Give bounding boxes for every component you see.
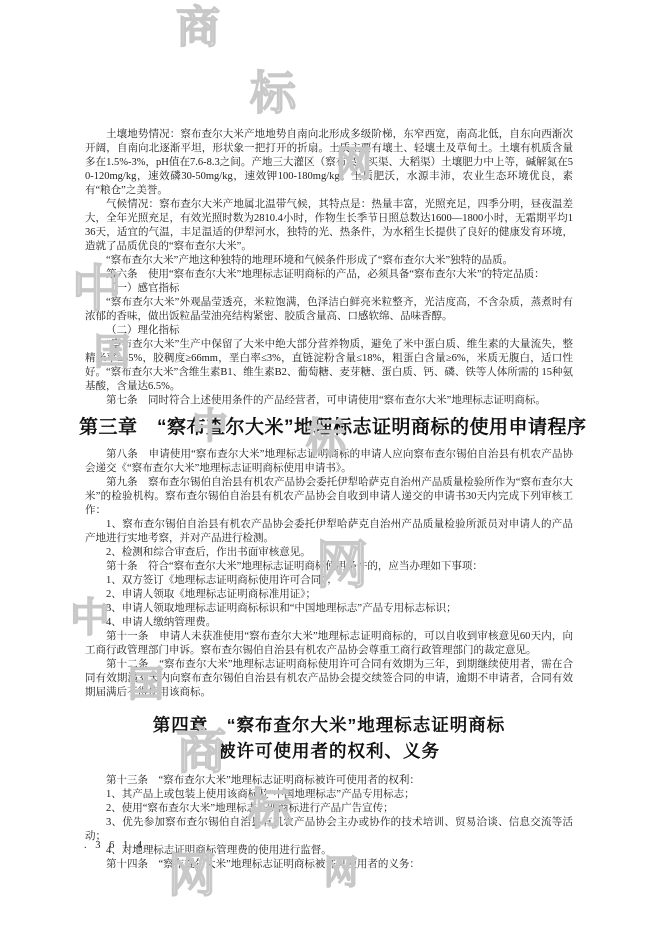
paragraph: 3、优先参加察布查尔锡伯自治县有机农产品协会主办或协作的技术培训、贸易洽谈、信息…	[85, 816, 573, 844]
chapter-heading: 第四章 “察布查尔大米”地理标志证明商标被许可使用者的权利、义务	[85, 712, 573, 764]
paragraph: 第十四条 “察布查尔大米”地理标志证明商标被许可使用者的义务：	[85, 858, 573, 872]
watermark-glyph: 标	[250, 70, 296, 116]
paragraph: 4、对地理标志证明商标管理费的使用进行监督。	[85, 844, 573, 858]
paragraph: 4、申请人缴纳管理费。	[85, 616, 573, 630]
paragraph: 气候情况：察布查尔大米产地属北温带气候，其特点是：热量丰富，光照充足，四季分明，…	[85, 198, 573, 254]
paragraph: 第八条 申请使用“察布查尔大米”地理标志证明商标的申请人应向察布查尔锡伯自治县有…	[85, 448, 573, 476]
chapter-heading: 第三章 “察布查尔大米”地理标志证明商标的使用申请程序	[79, 417, 579, 438]
paragraph: “察布查尔大米”外观晶莹透亮，米粒饱满，色泽洁白鲜亮米粒整齐，光洁度高，不含杂质…	[85, 296, 573, 324]
paragraph: 1、其产品上或包装上使用该商标及“中国地理标志”产品专用标志；	[85, 788, 573, 802]
paragraph: 第十三条 “察布查尔大米”地理标志证明商标被许可使用者的权利：	[85, 774, 573, 788]
page-number: . 3 6 1 4 .	[84, 840, 156, 851]
paragraph: 2、检测和综合审查后，作出书面审核意见。	[85, 546, 573, 560]
paragraph: 第九条 察布查尔锡伯自治县有机农产品协会委托伊犁哈萨克自治州产品质量检验所作为“…	[85, 476, 573, 518]
chapter-heading-line: 被许可使用者的权利、义务	[85, 738, 573, 764]
paragraph: “察布查尔大米”生产中保留了大米中绝大部分营养物质，避免了米中蛋白质、维生素的大…	[85, 338, 573, 394]
paragraph: （二）理化指标	[85, 324, 573, 338]
paragraph: 2、使用“察布查尔大米”地理标志证明商标进行产品广告宣传；	[85, 802, 573, 816]
watermark-glyph: 商	[176, 6, 220, 50]
paragraph: 第十一条 申请人未获准使用“察布查尔大米”地理标志证明商标的，可以自收到审核意见…	[85, 630, 573, 658]
paragraph: 3、申请人领取地理标志证明商标标识和“中国地理标志”产品专用标志标识；	[85, 602, 573, 616]
paragraph: 第十条 符合“察布查尔大米”地理标志证明商标使用条件的，应当办理如下事项：	[85, 560, 573, 574]
paragraph: 第十二条 “察布查尔大米”地理标志证明商标使用许可合同有效期为三年，到期继续使用…	[85, 658, 573, 700]
paragraph: 第七条 同时符合上述使用条件的产品经营者，可申请使用“察布查尔大米”地理标志证明…	[85, 394, 573, 408]
document-body: 土壤地势情况：察布查尔大米产地地势自南向北形成多级阶梯，东窄西宽，南高北低，自东…	[85, 128, 573, 872]
paragraph: 第六条 使用“察布查尔大米”地理标志证明商标的产品，必须具备“察布查尔大米”的特…	[85, 268, 573, 282]
document-page: 土壤地势情况：察布查尔大米产地地势自南向北形成多级阶梯，东窄西宽，南高北低，自东…	[0, 0, 660, 943]
paragraph: 1、察布查尔锡伯自治县有机农产品协会委托伊犁哈萨克自治州产品质量检验所派员对申请…	[85, 518, 573, 546]
paragraph: 2、申请人领取《地理标志证明商标准用证》；	[85, 588, 573, 602]
paragraph: “察布查尔大米”产地这种独特的地理环境和气候条件形成了“察布查尔大米”独特的品质…	[85, 254, 573, 268]
chapter-heading-line: 第四章 “察布查尔大米”地理标志证明商标	[85, 712, 573, 738]
paragraph: 1、双方签订《地理标志证明商标使用许可合同》；	[85, 574, 573, 588]
paragraph: （一）感官指标	[85, 282, 573, 296]
paragraph: 土壤地势情况：察布查尔大米产地地势自南向北形成多级阶梯，东窄西宽，南高北低，自东…	[85, 128, 573, 198]
